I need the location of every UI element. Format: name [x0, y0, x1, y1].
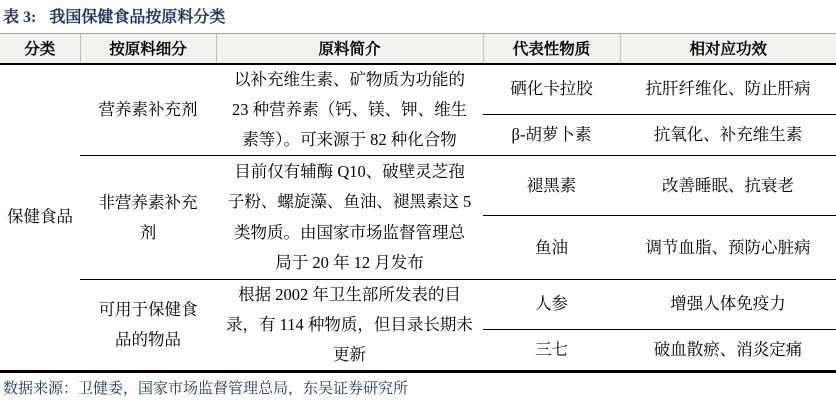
cell-subdivision-usable-items: 可用于保健食品的物品	[80, 280, 216, 372]
table-title: 表 3:我国保健食品按原料分类	[0, 0, 836, 33]
cell-substance: 三七	[483, 329, 620, 371]
col-header-effect: 相对应功效	[620, 34, 836, 64]
cell-effect: 增强人体免疫力	[620, 280, 836, 330]
cell-effect: 改善睡眠、抗衰老	[620, 156, 836, 216]
cell-substance: 褪黑素	[483, 156, 620, 216]
cell-effect: 抗氧化、补充维生素	[620, 115, 836, 156]
cell-effect: 调节血脂、预防心脏病	[620, 216, 836, 280]
cell-substance: 鱼油	[483, 216, 620, 280]
data-source-text: 数据来源：卫健委，国家市场监督管理总局，东吴证券研究所	[3, 381, 408, 397]
header-row: 分类 按原料细分 原料简介 代表性物质 相对应功效	[0, 34, 836, 64]
report-table-figure: 表 3:我国保健食品按原料分类 分类 按原料细分 原料简介 代表性物质 相对应功…	[0, 0, 836, 410]
col-header-subdivision: 按原料细分	[80, 34, 216, 64]
col-header-intro: 原料简介	[216, 34, 483, 64]
cell-substance: 硒化卡拉胶	[483, 64, 620, 115]
cell-subdivision-non-nutrient: 非营养素补充剂	[80, 156, 216, 280]
cell-intro-non-nutrient: 目前仅有辅酶 Q10、破壁灵芝孢子粉、螺旋藻、鱼油、褪黑素这 5 类物质。由国家…	[216, 156, 483, 280]
table-number-label: 表 3:	[3, 9, 36, 26]
classification-table: 分类 按原料细分 原料简介 代表性物质 相对应功效 保健食品 营养素补充剂 以补…	[0, 33, 836, 373]
cell-effect: 破血散瘀、消炎定痛	[620, 329, 836, 371]
cell-intro-nutrient: 以补充维生素、矿物质为功能的 23 种营养素（钙、镁、钾、维生素等）。可来源于 …	[216, 64, 483, 156]
table-row: 非营养素补充剂 目前仅有辅酶 Q10、破壁灵芝孢子粉、螺旋藻、鱼油、褪黑素这 5…	[0, 156, 836, 216]
cell-subdivision-nutrient: 营养素补充剂	[80, 64, 216, 156]
col-header-substance: 代表性物质	[483, 34, 620, 64]
data-source: 数据来源：卫健委，国家市场监督管理总局，东吴证券研究所	[0, 373, 836, 399]
cell-substance: β-胡萝卜素	[483, 115, 620, 156]
table-row: 可用于保健食品的物品 根据 2002 年卫生部所发表的目录，有 114 种物质，…	[0, 280, 836, 330]
cell-intro-usable-items: 根据 2002 年卫生部所发表的目录，有 114 种物质，但目录长期未更新	[216, 280, 483, 372]
col-header-category: 分类	[0, 34, 80, 64]
cell-effect: 抗肝纤维化、防止肝病	[620, 64, 836, 115]
table-title-text: 我国保健食品按原料分类	[49, 9, 225, 26]
table-row: 保健食品 营养素补充剂 以补充维生素、矿物质为功能的 23 种营养素（钙、镁、钾…	[0, 64, 836, 115]
cell-substance: 人参	[483, 280, 620, 330]
cell-category: 保健食品	[0, 64, 80, 372]
